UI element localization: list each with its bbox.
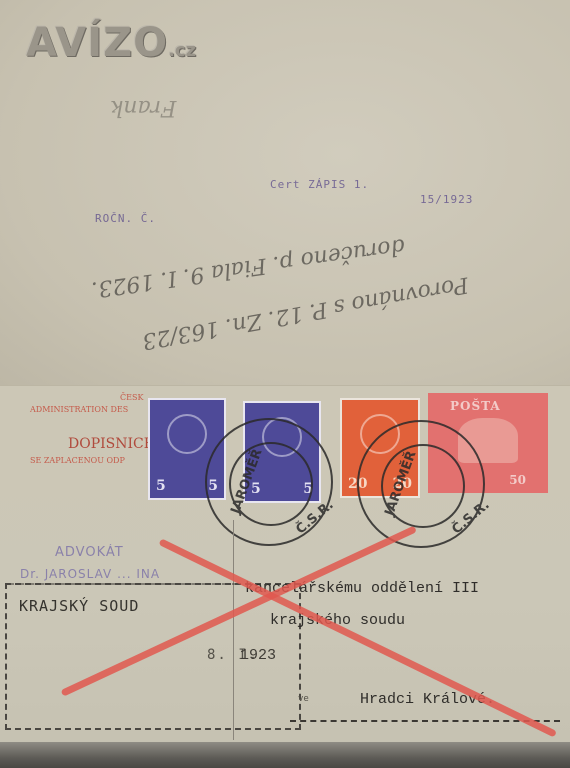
postmark-2: JAROMĚŘ Č.S.R. <box>357 420 485 548</box>
header-subtitle: SE ZAPLACENOU ODP <box>30 456 125 465</box>
address-prefix: ve <box>298 694 309 704</box>
table-surface <box>0 742 570 768</box>
sender-stamp-line-2: Dr. JAROSLAV ... INA <box>20 567 160 581</box>
postmark-town: JAROMĚŘ <box>382 449 419 518</box>
faint-stamp-line-1: Cert ZÁPIS 1. <box>270 178 369 191</box>
header-country: ČESK <box>120 393 143 402</box>
stamp-value: 50 <box>509 473 526 487</box>
court-name: KRAJSKÝ SOUD <box>19 597 139 615</box>
dove-emblem-icon <box>167 414 207 454</box>
header-admin: ADMINISTRATION DES <box>30 405 128 414</box>
faint-stamp-line-3: 15/1923 <box>420 193 473 206</box>
watermark-logo: AVÍZO.cz <box>26 20 196 66</box>
stamp-value-left: 5 <box>156 478 166 494</box>
stamp-header: POŠTA <box>450 399 501 413</box>
pencil-signature: Frank <box>110 95 176 120</box>
postmark-1: JAROMĚŘ Č.S.R. <box>205 418 333 546</box>
faint-stamp-line-2: ROČN. Č. <box>95 212 156 225</box>
watermark-tld: .cz <box>168 40 196 61</box>
header-title: DOPISNICE <box>68 436 154 452</box>
court-year: 1923 <box>240 647 276 664</box>
postmark-town: JAROMĚŘ <box>228 447 265 516</box>
watermark-brand: AVÍZO <box>26 20 168 66</box>
sender-stamp-line-1: ADVOKÁT <box>55 545 124 560</box>
